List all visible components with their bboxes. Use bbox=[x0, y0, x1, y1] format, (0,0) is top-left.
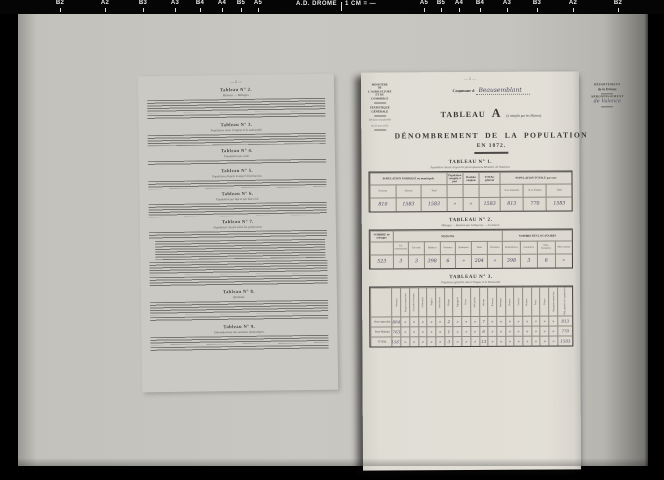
table-cell: Sexe féminin bbox=[370, 327, 391, 337]
ruler-tick bbox=[341, 2, 342, 11]
service-label: STATISTIQUE GÉNÉRALE bbox=[368, 106, 391, 114]
arrondissement-handwritten-value: de Valence bbox=[591, 98, 624, 104]
table-cell: Étrangers naturalisés bbox=[548, 287, 557, 316]
table-cell: Alsaciens-Lorrains bbox=[409, 287, 418, 316]
table-cell: 763 bbox=[391, 327, 400, 337]
table-cell: Locataires bbox=[520, 241, 537, 254]
table-cell bbox=[370, 242, 393, 255]
table-cell: Sexe masculin bbox=[500, 184, 523, 197]
table-cell: Polonais bbox=[487, 287, 496, 316]
table-cell bbox=[446, 184, 462, 197]
table-cell: En construction bbox=[392, 242, 408, 255]
ruler-mark: B3 bbox=[533, 0, 541, 7]
instruction-paragraph bbox=[149, 201, 327, 216]
table-cell: » bbox=[401, 337, 410, 347]
table-cell: » bbox=[409, 336, 418, 346]
table-cell: » bbox=[487, 254, 503, 268]
ruler-tick bbox=[618, 8, 619, 12]
ruler-tick bbox=[480, 8, 481, 12]
instruction-paragraph bbox=[150, 315, 328, 323]
table-cell: » bbox=[487, 316, 496, 326]
scan-photo: — 2 — Tableau N° 2.Maisons. — Ménages.Ta… bbox=[18, 14, 648, 466]
table-cell: » bbox=[488, 336, 497, 346]
ruler-mark: B4 bbox=[476, 0, 484, 7]
film-ruler: A.D. DROME 1 CM = — B2A2B3A3B4A4B5A5A5B5… bbox=[0, 0, 664, 14]
table-cell: » bbox=[531, 326, 540, 336]
table-cell: En ruine bbox=[408, 241, 424, 254]
ruler-tick bbox=[537, 8, 538, 12]
table-cell: 6 bbox=[537, 254, 554, 268]
table-cell: 1 bbox=[444, 326, 453, 336]
tableau-1-caption: Population classée d'après les prescript… bbox=[368, 165, 572, 169]
table-cell: » bbox=[461, 316, 470, 326]
table-cell: 6 bbox=[479, 326, 488, 336]
table-cell: NOMBRE DES LOCATAIRES bbox=[502, 230, 572, 241]
instructions-page: — 2 — Tableau N° 2.Maisons. — Ménages.Ta… bbox=[138, 74, 338, 393]
table-cell: » bbox=[427, 326, 436, 336]
scale-label: 1 CM = — bbox=[345, 1, 376, 7]
table-cell: TOTAL général de la population bbox=[557, 287, 572, 316]
table-cell bbox=[462, 184, 478, 197]
department-value: de la Drôme bbox=[591, 87, 624, 91]
department-label: DÉPARTEMENT bbox=[591, 82, 624, 86]
table-cell: » bbox=[540, 326, 549, 336]
table-cell: Sexe féminin bbox=[523, 184, 546, 197]
table-cell: Turcs bbox=[531, 287, 540, 316]
table-cell: » bbox=[418, 316, 427, 326]
table-cell: » bbox=[435, 336, 444, 346]
title-rule bbox=[474, 152, 508, 154]
table-cell: Suédois bbox=[513, 287, 522, 316]
ruler-mark: B4 bbox=[196, 0, 204, 7]
table-cell: » bbox=[514, 336, 523, 346]
table-cell bbox=[479, 184, 500, 197]
table-cell: MAISONS bbox=[392, 230, 502, 242]
table-cell: Français naturalisés bbox=[400, 288, 409, 317]
instruction-paragraph bbox=[148, 133, 326, 146]
table-cell: 3 bbox=[408, 254, 424, 268]
table-cell: Sous-locataires bbox=[537, 241, 554, 254]
table-cell bbox=[370, 288, 391, 317]
ruler-tick bbox=[507, 8, 508, 12]
ruler-mark: B2 bbox=[56, 0, 64, 7]
tableau-2-title: TABLEAU N° 2. bbox=[369, 218, 573, 224]
instruction-paragraph bbox=[151, 345, 329, 353]
table-cell: TOTAL bbox=[370, 337, 391, 347]
table-cell: Habitées bbox=[424, 241, 440, 254]
table-cell: Boutiques bbox=[455, 241, 471, 254]
table-cell: 7 bbox=[479, 316, 488, 326]
table-cell: » bbox=[435, 326, 444, 336]
table-cell: Absents bbox=[395, 184, 421, 197]
ruler-mark: A2 bbox=[569, 0, 577, 7]
table-cell: 398 bbox=[424, 254, 440, 268]
table-cell: » bbox=[462, 197, 478, 211]
table-cell: » bbox=[548, 316, 557, 326]
instruction-paragraph bbox=[150, 335, 328, 345]
table-cell: Propriétaires bbox=[502, 241, 519, 254]
table-cell: Allemands bbox=[418, 287, 427, 316]
year-line: EN 1872. bbox=[395, 142, 588, 149]
table-cell: » bbox=[400, 317, 409, 327]
ministry-line: DE L'AGRICULTURE bbox=[368, 87, 391, 94]
divider bbox=[374, 116, 386, 117]
table-cell: Total bbox=[471, 241, 487, 254]
table-cell: Espagnols bbox=[453, 287, 462, 316]
commune-label: Commune d bbox=[452, 88, 474, 93]
tableau-1-table: POPULATION NORMALE ou municipalePopulati… bbox=[368, 170, 572, 212]
table-cell: Total bbox=[421, 184, 447, 197]
table-cell: 1583 bbox=[557, 336, 572, 346]
ruler-tick bbox=[222, 8, 223, 12]
department-block: DÉPARTEMENT de la Drôme ARRONDISSEMENT d… bbox=[591, 82, 624, 153]
tableau-letter: A bbox=[492, 106, 501, 120]
divider bbox=[374, 103, 386, 104]
instruction-paragraph bbox=[148, 158, 326, 166]
form-header: MINISTÈRE DE L'AGRICULTURE ET DU COMMERC… bbox=[368, 82, 572, 154]
table-cell: Anglais bbox=[426, 287, 435, 316]
table-cell: Divers bbox=[540, 287, 549, 316]
table-cell: 204 bbox=[471, 254, 487, 268]
table-cell: 2 bbox=[444, 316, 453, 326]
table-cell: » bbox=[522, 326, 531, 336]
table-cell: 398 bbox=[502, 254, 519, 268]
table-cell: Suisses bbox=[522, 287, 531, 316]
table-cell: POPULATION TOTALE par sexe bbox=[499, 171, 571, 184]
tableau-note: (à remplir par les Maires). bbox=[506, 114, 542, 118]
tableau-1-section: TABLEAU N° 1. Population classée d'après… bbox=[368, 159, 572, 212]
ruler-tick bbox=[258, 8, 259, 12]
table-cell: Population comptée à part bbox=[446, 172, 462, 184]
table-cell: 523 bbox=[370, 255, 393, 269]
table-cell: Portugais bbox=[496, 287, 505, 316]
ruler-tick bbox=[441, 8, 442, 12]
table-cell: 3 bbox=[520, 254, 537, 268]
table-cell: » bbox=[554, 254, 571, 268]
ruler-tick bbox=[143, 8, 144, 12]
table-cell: » bbox=[409, 326, 418, 336]
main-title: DÉNOMBREMENT DE LA POPULATION bbox=[395, 130, 588, 140]
table-cell: » bbox=[488, 326, 497, 336]
table-cell: Total bbox=[546, 184, 572, 197]
table-cell: » bbox=[427, 316, 436, 326]
table-cell: » bbox=[470, 326, 479, 336]
table-cell: » bbox=[418, 336, 427, 346]
table-cell: » bbox=[548, 326, 557, 336]
ruler-tick bbox=[424, 8, 425, 12]
table-cell: » bbox=[470, 336, 479, 346]
table-cell: Italiens bbox=[479, 287, 488, 316]
left-page-body: Tableau N° 2.Maisons. — Ménages.Tableau … bbox=[147, 86, 329, 353]
table-cell: » bbox=[461, 336, 470, 346]
divider bbox=[374, 129, 386, 130]
table-cell: Sexe masculin bbox=[370, 317, 391, 327]
table-cell: TOTAL général bbox=[479, 172, 500, 184]
table-cell: 1583 bbox=[546, 197, 572, 211]
table-cell: Vacantes bbox=[439, 241, 455, 254]
table-cell: Russes bbox=[505, 287, 514, 316]
table-cell: 810 bbox=[370, 198, 396, 212]
ruler-tick bbox=[105, 8, 106, 12]
table-cell: » bbox=[446, 197, 462, 211]
instruction-paragraph bbox=[149, 229, 327, 239]
table-cell: » bbox=[435, 316, 444, 326]
tableau-3-caption: Population générale selon l'Origine et l… bbox=[369, 281, 573, 285]
ruler-mark: A3 bbox=[503, 0, 511, 7]
table-cell: 1567 bbox=[391, 337, 400, 347]
tableau-word: TABLEAU bbox=[441, 110, 486, 119]
ruler-mark: A5 bbox=[420, 0, 428, 7]
table-cell: 1583 bbox=[395, 197, 421, 211]
table-cell: 770 bbox=[557, 326, 572, 336]
table-cell: » bbox=[505, 326, 514, 336]
table-cell: » bbox=[496, 336, 505, 346]
table-cell: Détruites bbox=[487, 241, 503, 254]
instruction-paragraph bbox=[155, 239, 325, 260]
ruler-mark: A3 bbox=[171, 0, 179, 7]
instruction-paragraph bbox=[147, 113, 325, 121]
tableau-a-line: TABLEAU A (à remplir par les Maires). bbox=[394, 103, 587, 122]
table-cell: » bbox=[418, 326, 427, 336]
instruction-paragraph bbox=[150, 274, 328, 287]
ministry-note: Décision ministérielle bbox=[368, 119, 391, 122]
ruler-tick bbox=[241, 8, 242, 12]
instruction-paragraph bbox=[149, 259, 327, 274]
table-cell: » bbox=[453, 326, 462, 336]
table-cell: 770 bbox=[523, 197, 546, 211]
ministry-line: ET DU COMMERCE bbox=[368, 94, 391, 101]
table-cell: Grecs bbox=[461, 287, 470, 316]
table-cell: » bbox=[531, 336, 540, 346]
table-cell: » bbox=[470, 316, 479, 326]
table-cell: » bbox=[522, 316, 531, 326]
tableau-2-caption: Ménages. — Maisons par Catégories. — Loc… bbox=[369, 224, 573, 228]
microfilm-frame: A.D. DROME 1 CM = — B2A2B3A3B4A4B5A5A5B5… bbox=[0, 0, 664, 480]
table-cell: » bbox=[453, 336, 462, 346]
table-cell: 804 bbox=[391, 317, 400, 327]
left-page-number: — 2 — bbox=[147, 78, 325, 85]
table-cell: » bbox=[540, 316, 549, 326]
ruler-mark: B5 bbox=[437, 0, 445, 7]
ruler-mark: B2 bbox=[614, 0, 622, 7]
table-cell: Observations bbox=[554, 241, 571, 254]
ruler-tick bbox=[573, 8, 574, 12]
table-cell: 813 bbox=[557, 316, 572, 326]
tableau-2-table: NOMBRE de ménagesMAISONSNOMBRE DES LOCAT… bbox=[369, 229, 573, 270]
table-cell: Doubles emplois bbox=[462, 172, 478, 184]
ministry-note: du 25 mars 1872. bbox=[368, 124, 391, 127]
ruler-mark: A2 bbox=[101, 0, 109, 7]
table-cell: » bbox=[531, 316, 540, 326]
right-page-number: — 1 — bbox=[368, 75, 572, 81]
table-cell: » bbox=[427, 336, 436, 346]
table-cell: » bbox=[455, 254, 471, 268]
table-cell: » bbox=[496, 326, 505, 336]
ruler-tick bbox=[459, 8, 460, 12]
instruction-paragraph bbox=[150, 300, 328, 315]
tableau-3-title: TABLEAU N° 3. bbox=[369, 275, 573, 281]
table-cell: » bbox=[461, 326, 470, 336]
table-cell: » bbox=[505, 336, 514, 346]
table-cell: Autrichiens bbox=[435, 287, 444, 316]
ruler-tick bbox=[60, 8, 61, 12]
archive-label: A.D. DROME bbox=[296, 1, 337, 7]
table-cell: » bbox=[549, 336, 558, 346]
tableau-2-section: TABLEAU N° 2. Ménages. — Maisons par Cat… bbox=[369, 218, 573, 270]
table-cell: » bbox=[400, 327, 409, 337]
ruler-tick bbox=[200, 8, 201, 12]
table-cell: » bbox=[453, 316, 462, 326]
table-cell: 1583 bbox=[479, 197, 500, 211]
ruler-mark: A5 bbox=[254, 0, 262, 7]
table-cell: » bbox=[505, 316, 514, 326]
table-cell: » bbox=[540, 336, 549, 346]
commune-handwritten-value: Beausemblant bbox=[476, 87, 529, 95]
ruler-mark: B3 bbox=[139, 0, 147, 7]
ruler-mark: B5 bbox=[237, 0, 245, 7]
ruler-mark: A4 bbox=[455, 0, 463, 7]
table-cell: 1583 bbox=[421, 197, 447, 211]
table-cell: Présents bbox=[370, 185, 396, 198]
table-cell: 3 bbox=[444, 336, 453, 346]
divider bbox=[601, 106, 613, 107]
instruction-paragraph bbox=[147, 98, 325, 113]
ministry-block: MINISTÈRE DE L'AGRICULTURE ET DU COMMERC… bbox=[368, 83, 392, 154]
table-cell: 3 bbox=[393, 255, 409, 269]
table-cell: NOMBRE de ménages bbox=[370, 231, 393, 242]
table-cell: » bbox=[514, 326, 523, 336]
table-cell: Hollandais bbox=[470, 287, 479, 316]
commune-line: Commune d Beausemblant bbox=[394, 86, 587, 95]
ruler-mark: A4 bbox=[218, 0, 226, 7]
table-cell: » bbox=[409, 316, 418, 326]
table-cell: » bbox=[514, 316, 523, 326]
table-cell: 13 bbox=[479, 336, 488, 346]
table-cell: » bbox=[496, 316, 505, 326]
form-title-block: Commune d Beausemblant TABLEAU A (à remp… bbox=[391, 82, 591, 154]
tableau-3-section: TABLEAU N° 3. Population générale selon … bbox=[369, 275, 573, 348]
ruler-tick bbox=[175, 8, 176, 12]
table-cell: POPULATION NORMALE ou municipale bbox=[369, 172, 446, 185]
census-form-page: — 1 — MINISTÈRE DE L'AGRICULTURE ET DU C… bbox=[361, 71, 581, 470]
table-cell: Belges bbox=[444, 287, 453, 316]
table-cell: 813 bbox=[500, 197, 523, 211]
table-cell: Français bbox=[391, 288, 400, 317]
instruction-paragraph bbox=[148, 179, 326, 189]
tableau-3-table: FrançaisFrançais naturalisésAlsaciens-Lo… bbox=[369, 286, 573, 348]
table-cell: 6 bbox=[440, 254, 456, 268]
table-cell: » bbox=[522, 336, 531, 346]
